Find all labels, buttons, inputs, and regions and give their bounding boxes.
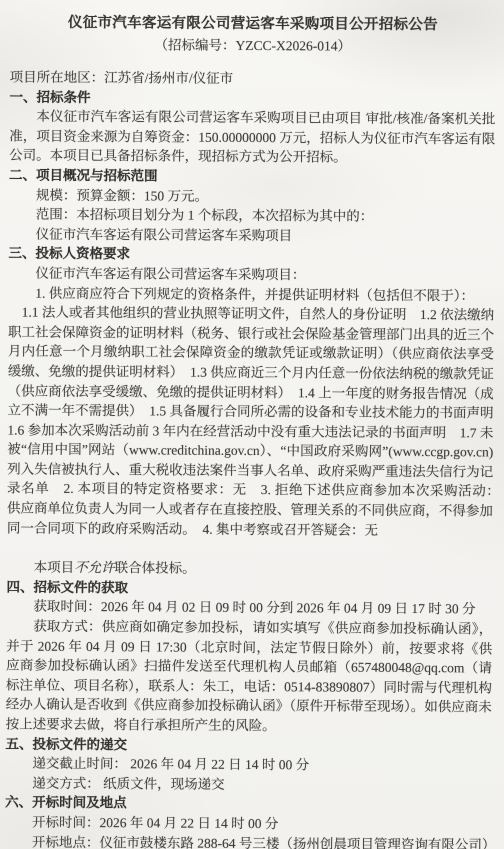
joint-bid-note-emphasis: 不允许 [74, 560, 115, 575]
section-bidder-qualifications: 三、投标人资格要求 仪征市汽车客运有限公司营运客车采购项目： 1. 供应商应符合… [7, 244, 495, 580]
paragraph-scope: 范围：本招标项目划分为 1 个标段，本次招标为其中的： [9, 205, 495, 228]
section-project-overview: 二、项目概况与招标范围 规模：预算金额：150 万元。 范围：本招标项目划分为 … [9, 165, 495, 246]
section-bid-submission: 五、投标文件的递交 递交截止时间： 2026 年 04 月 22 日 14 时 … [5, 734, 491, 796]
joint-bid-note: 本项目不允许联合体投标。 [7, 558, 493, 581]
joint-bid-note-suffix: 联合体投标。 [115, 560, 196, 575]
paragraph-project-label: 仪征市汽车客运有限公司营运客车采购项目： [8, 263, 494, 286]
tender-announcement-document: 仪征市汽车客运有限公司营运客车采购项目公开招标公告 （招标编号：YZCC-X20… [5, 11, 496, 849]
paragraph-qualification-items: 1.1 法人或者其他组织的营业执照等证明文件，自然人的身份证明 1.2 依法缴纳… [7, 303, 494, 541]
project-location-line: 项目所在地区：江苏省/扬州市/仪征市 [10, 68, 496, 91]
paragraph-opening-location: 开标地点：仪征市鼓楼东路 288-64 号三楼（扬州创晨项目管理咨询有限公司） [5, 832, 491, 849]
section-bid-conditions: 一、招标条件 本仪征市汽车客运有限公司营运客车采购项目已由项目 审批/核准/备案… [9, 87, 495, 168]
section-document-acquisition: 四、招标文件的获取 获取时间：2026 年 04 月 02 日 09 时 00 … [6, 577, 493, 737]
document-title: 仪征市汽车客运有限公司营运客车采购项目公开招标公告 [10, 13, 496, 37]
tender-number-line: （招标编号：YZCC-X2026-014） [10, 35, 496, 58]
paragraph-acquisition-method: 获取方式：供应商如确定参加投标，请如实填写《供应商参加投标确认函》，并于 202… [6, 617, 493, 738]
paragraph-bid-conditions: 本仪征市汽车客运有限公司营运客车采购项目已由项目 审批/核准/备案机关批准，项目… [9, 107, 495, 169]
paragraph-submission-deadline: 递交截止时间： 2026 年 04 月 22 日 14 时 00 分 [5, 754, 491, 777]
section-heading-project-overview: 二、项目概况与招标范围 [9, 165, 495, 188]
paragraph-opening-time: 开标时间：2026 年 04 月 22 日 14 时 00 分 [5, 812, 491, 835]
section-bid-opening: 六、开标时间及地点 开标时间：2026 年 04 月 22 日 14 时 00 … [5, 793, 491, 849]
joint-bid-note-prefix: 本项目 [34, 560, 75, 575]
